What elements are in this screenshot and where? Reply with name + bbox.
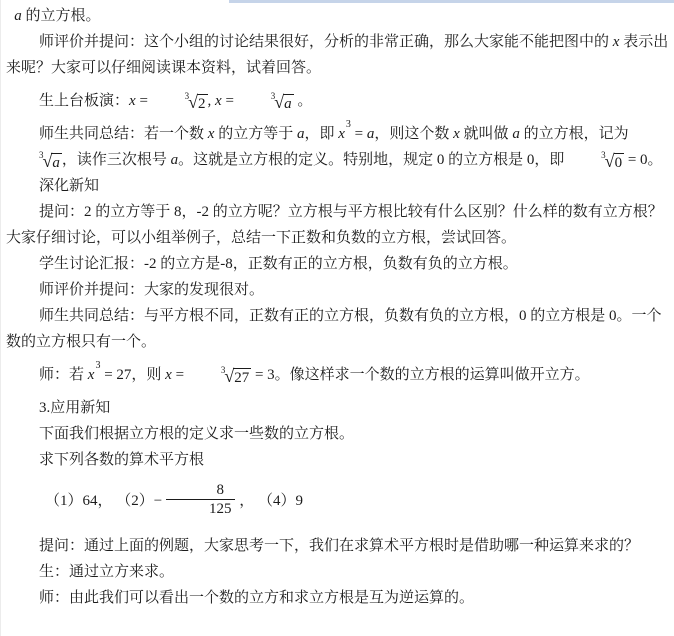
root-index: 3 [39,150,44,160]
cube-root: 3√0 [568,152,624,171]
para-section-apply: 3.应用新知 [6,395,671,421]
text-run: 。像这样求一个数的立方根的运算叫做开立方。 [275,367,590,383]
para-teacher-evaluate-question: 师评价并提问：这个小组的讨论结果很好，分析的非常正确，那么大家能不能把图中的 x… [6,29,671,81]
fraction-denominator: 125 [166,499,236,518]
math-variable: x [453,126,460,142]
math-number: = 27 [100,367,131,383]
text-run: 深化新知 [39,178,99,194]
cube-root: 3√a [6,152,62,171]
cube-root: 3√a [238,93,294,112]
para-section-deepen: 深化新知 [6,173,671,199]
text-run: 师：若 [39,367,88,383]
radicand: a [283,94,294,112]
text-run: ，则这个数 [374,126,453,142]
math-variable: x [215,93,222,109]
math-variable: a [14,8,22,24]
text-run: ，读作三次根号 [62,152,171,168]
text-run: 。这就是立方根的定义。特别地，规定 0 的立方根是 0，即 [178,152,568,168]
math-number: = [351,126,367,142]
text-run: 下面我们根据立方根的定义求一些数的立方根。 [39,426,354,442]
radicand: 27 [233,368,251,386]
text-run: 师生共同总结：若一个数 [39,126,208,142]
math-number: = 3 [251,367,274,383]
math-variable: a [512,126,520,142]
text-run: 师：由此我们可以看出一个数的立方和求立方根是互为逆运算的。 [39,590,474,606]
text-run: 。 [294,93,313,109]
text-run: 就叫做 [460,126,513,142]
text-run: 生上台板演： [39,93,129,109]
root-index: 3 [221,365,226,375]
para-student-board-formula: 生上台板演：x = 3√2, x = 3√a 。 [6,88,671,114]
math-number: = [172,367,188,383]
para-exercise-items: （1）64， （2）− 8125 ， （4）9 [6,483,671,520]
math-variable: x [165,367,172,383]
math-variable: x [88,367,95,383]
math-number: ， （4）9 [235,493,303,509]
text-run: 提问：通过上面的例题，大家思考一下，我们在求算术平方根时是借助哪一种运算来求的？ [39,538,639,554]
text-run: 3.应用新知 [39,400,110,416]
root-index: 3 [271,91,276,101]
radicand: 2 [197,94,208,112]
para-teacher-conclusion: 师：由此我们可以看出一个数的立方和求立方根是互为逆运算的。 [6,585,671,611]
document-body: a 的立方根。师评价并提问：这个小组的讨论结果很好，分析的非常正确，那么大家能不… [6,3,671,611]
cube-root: 3√2 [152,93,208,112]
para-student-report: 学生讨论汇报：-2 的立方是-8，正数有正的立方根，负数有负的立方根。 [6,251,671,277]
fraction-numerator: 8 [166,481,236,499]
math-number: = [222,93,238,109]
math-number: , [208,93,216,109]
text-run: 的立方等于 [214,126,297,142]
math-number: （1）64， （2）− [45,493,166,509]
text-run: 的立方根。 [22,8,101,24]
math-exponent: 3 [346,119,351,130]
text-run: 求下列各数的算术平方根 [39,452,204,468]
math-number: = 0 [624,152,647,168]
root-index: 3 [601,150,606,160]
para-summary-difference: 师生共同总结：与平方根不同，正数有正的立方根，负数有负的立方根，0 的立方根是 … [6,303,671,355]
para-apply-intro: 下面我们根据立方根的定义求一些数的立方根。 [6,421,671,447]
text-run: ，则 [131,367,165,383]
math-variable: x [338,126,345,142]
text-run: ，即 [304,126,338,142]
fraction: 8125 [166,481,236,518]
text-run: 师评价并提问：大家的发现很对。 [39,282,264,298]
radicand: 0 [614,153,625,171]
text-run: 的立方根，记为 [520,126,629,142]
para-teacher-example: 师：若 x3 = 27，则 x = 3√27 = 3。像这样求一个数的立方根的运… [6,362,671,388]
math-number: = [136,93,152,109]
math-variable: x [129,93,136,109]
line-previous-tail: a 的立方根。 [6,3,671,29]
radicand: a [51,153,62,171]
para-question-cube: 提问：2 的立方等于 8，-2 的立方呢？立方根与平方根比较有什么区别？什么样的… [6,199,671,251]
text-run: 师评价并提问：这个小组的讨论结果很好，分析的非常正确，那么大家能不能把图中的 [39,34,613,50]
text-run: 学生讨论汇报：-2 的立方是-8，正数有正的立方根，负数有负的立方根。 [39,256,518,272]
math-exponent: 3 [95,360,100,371]
para-question-operation: 提问：通过上面的例题，大家思考一下，我们在求算术平方根时是借助哪一种运算来求的？ [6,533,671,559]
para-teacher-feedback: 师评价并提问：大家的发现很对。 [6,277,671,303]
para-exercise-title: 求下列各数的算术平方根 [6,447,671,473]
para-summary-definition: 师生共同总结：若一个数 x 的立方等于 a，即 x3 = a，则这个数 x 就叫… [6,121,671,173]
para-student-answer: 生：通过立方来求。 [6,559,671,585]
root-index: 3 [185,91,190,101]
text-run: 。 [648,152,663,168]
cube-root: 3√27 [188,367,251,386]
text-run: 师生共同总结：与平方根不同，正数有正的立方根，负数有负的立方根，0 的立方根是 … [6,308,662,350]
text-run: 提问：2 的立方等于 8，-2 的立方呢？立方根与平方根比较有什么区别？什么样的… [6,204,663,246]
document-page: a 的立方根。师评价并提问：这个小组的讨论结果很好，分析的非常正确，那么大家能不… [0,0,674,636]
text-run: 生：通过立方来求。 [39,564,174,580]
